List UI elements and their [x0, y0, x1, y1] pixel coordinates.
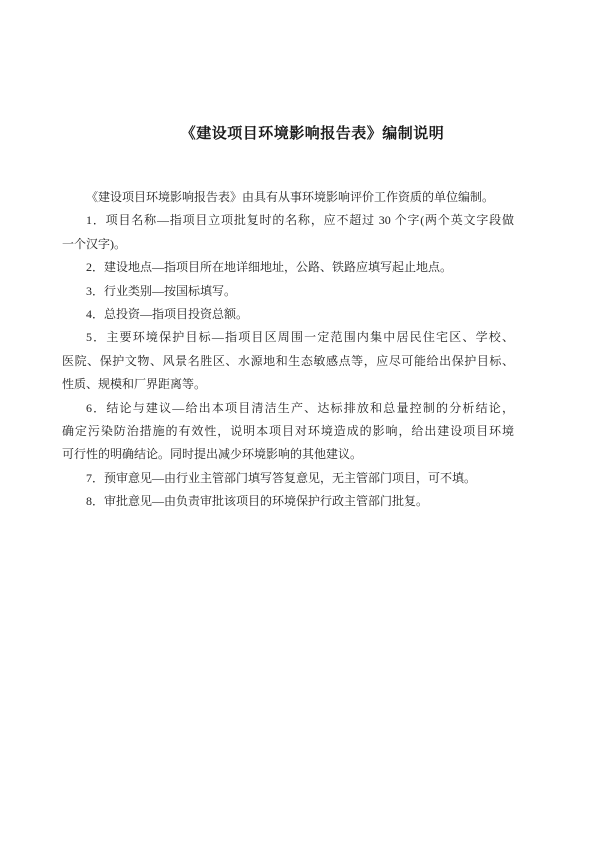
- paragraph-line: 4．总投资—指项目投资总额。: [62, 303, 514, 326]
- paragraph-line: 1．项目名称—指项目立项批复时的名称，应不超过 30 个字(两个英文字段做: [62, 209, 514, 232]
- paragraph-line: 可行性的明确结论。同时提出减少环境影响的其他建议。: [62, 443, 514, 466]
- paragraph: 2．建设地点—指项目所在地详细地址，公路、铁路应填写起止地点。: [62, 256, 514, 279]
- document-title: 《建设项目环境影响报告表》编制说明: [0, 124, 595, 144]
- paragraph: 3．行业类别—按国标填写。: [62, 280, 514, 303]
- paragraph-line: 2．建设地点—指项目所在地详细地址，公路、铁路应填写起止地点。: [62, 256, 514, 279]
- paragraph-line: 6．结论与建议—给出本项目清洁生产、达标排放和总量控制的分析结论，: [62, 397, 514, 420]
- paragraph-line: 确定污染防治措施的有效性，说明本项目对环境造成的影响，给出建设项目环境: [62, 420, 514, 443]
- paragraph-line: 性质、规模和厂界距离等。: [62, 373, 514, 396]
- paragraph-line: 一个汉字)。: [62, 233, 514, 256]
- paragraph: 6．结论与建议—给出本项目清洁生产、达标排放和总量控制的分析结论，确定污染防治措…: [62, 397, 514, 467]
- paragraph: 7．预审意见—由行业主管部门填写答复意见，无主管部门项目，可不填。: [62, 467, 514, 490]
- paragraph-line: 8．审批意见—由负责审批该项目的环境保护行政主管部门批复。: [62, 490, 514, 513]
- paragraph: 4．总投资—指项目投资总额。: [62, 303, 514, 326]
- paragraph-line: 5．主要环境保护目标—指项目区周围一定范围内集中居民住宅区、学校、: [62, 326, 514, 349]
- paragraph: 5．主要环境保护目标—指项目区周围一定范围内集中居民住宅区、学校、医院、保护文物…: [62, 326, 514, 396]
- paragraph-line: 《建设项目环境影响报告表》由具有从事环境影响评价工作资质的单位编制。: [62, 186, 514, 209]
- paragraph-line: 7．预审意见—由行业主管部门填写答复意见，无主管部门项目，可不填。: [62, 467, 514, 490]
- paragraph: 《建设项目环境影响报告表》由具有从事环境影响评价工作资质的单位编制。: [62, 186, 514, 209]
- paragraph-line: 医院、保护文物、风景名胜区、水源地和生态敏感点等，应尽可能给出保护目标、: [62, 350, 514, 373]
- paragraph-line: 3．行业类别—按国标填写。: [62, 280, 514, 303]
- paragraph: 1．项目名称—指项目立项批复时的名称，应不超过 30 个字(两个英文字段做一个汉…: [62, 209, 514, 256]
- document-page: 《建设项目环境影响报告表》编制说明 《建设项目环境影响报告表》由具有从事环境影响…: [0, 0, 595, 841]
- document-body: 《建设项目环境影响报告表》由具有从事环境影响评价工作资质的单位编制。1．项目名称…: [62, 186, 514, 514]
- paragraph: 8．审批意见—由负责审批该项目的环境保护行政主管部门批复。: [62, 490, 514, 513]
